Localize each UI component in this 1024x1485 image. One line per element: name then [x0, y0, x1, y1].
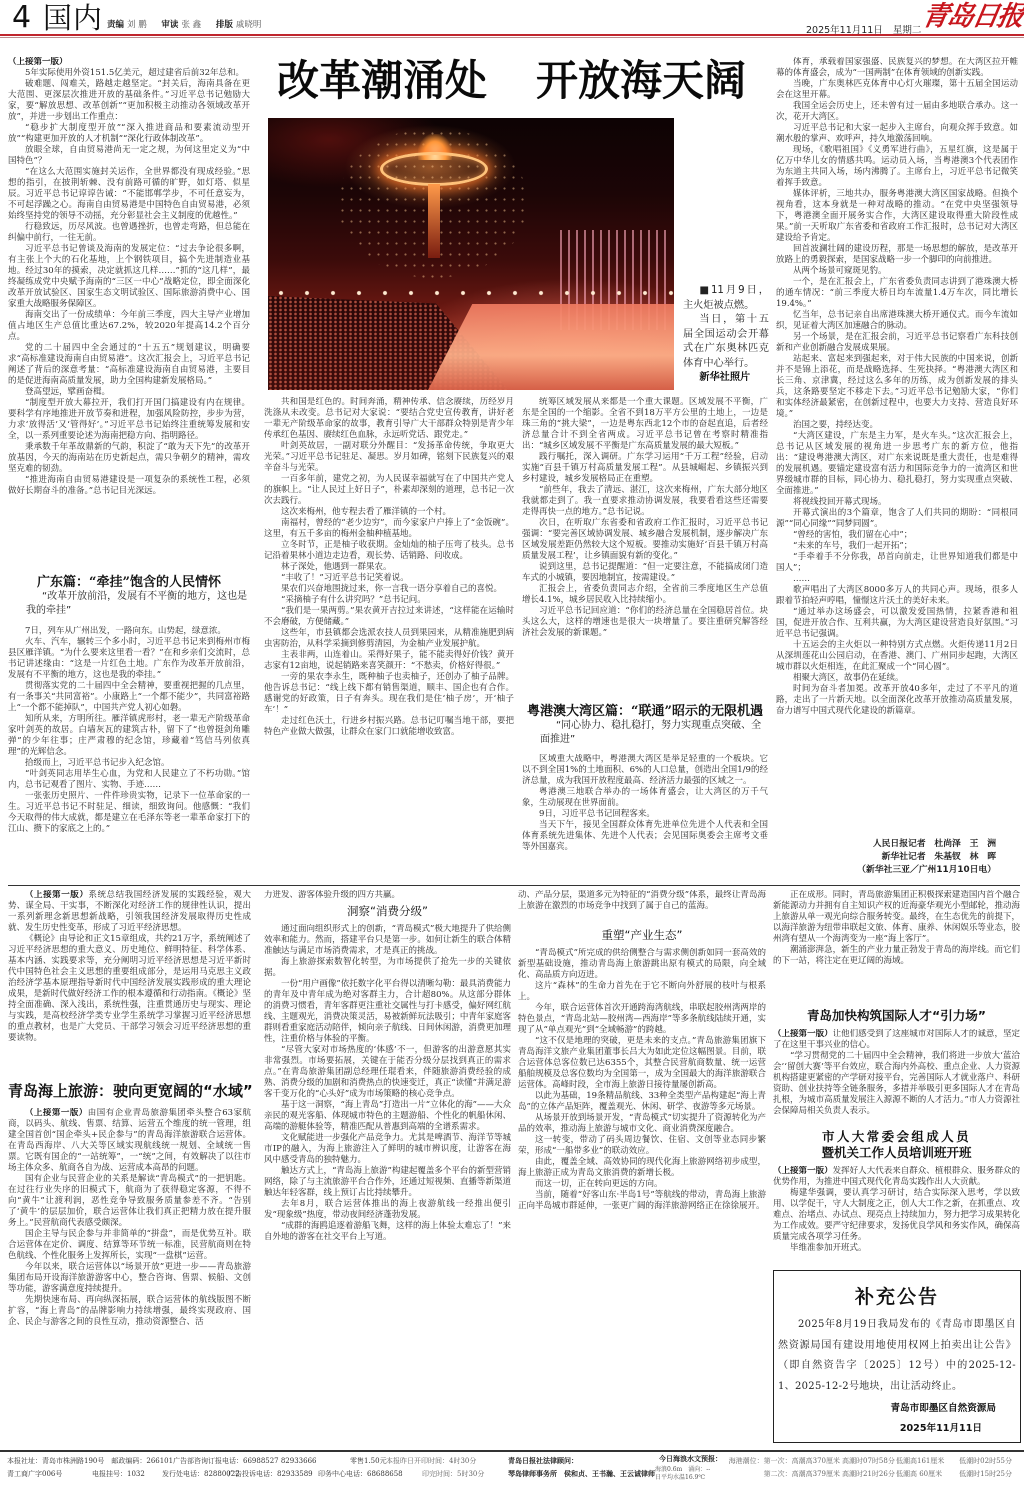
tide-first-low-height: 低潮高161厘米: [896, 1457, 942, 1466]
paragraph: 走过红色沃土，行进乡村振兴路。总书记叮嘱当地干部，要把特色产业做大做强，让群众在…: [264, 716, 514, 738]
paragraph-list: 国有企业与民营企业的关系是解读“青岛模式”的一把钥匙。在过往行业失序的旧模式下，…: [8, 1174, 251, 1328]
paragraph: 站起来、富起来到强起来，对于伟大民族的中国来说，创新并不是锦上添花，而是战略选择…: [776, 354, 1018, 420]
tide-col-1: 海港潮位：第一次：高潮高370厘米 第二次：高潮高379厘米: [700, 1457, 840, 1479]
paragraph: 果农们兴奋地围拢过来，你一言我一语分享着自己的喜悦。: [264, 584, 514, 595]
paragraph: 去年8月，联合运营体推出的海上夜游航线一经推出便引发“现象级”热度，带动夜间经济…: [264, 1199, 511, 1221]
paragraph: 先期快速布局、再向纵深拓展，联合运营体的航线版图不断扩容，“海上青岛”的品牌影响…: [8, 1295, 251, 1328]
sea-tourism-col-2-carryover: 力迸发、游客体验升级的四方共赢。: [264, 890, 511, 902]
paragraph: 媒体评析，三地共办，服务粤港澳大湾区国家战略。但换个视角看，这本身就是一种对战略…: [776, 189, 1018, 244]
credit-name: 刘 鹏: [127, 20, 147, 30]
headline-sea-tourism: 青岛海上旅游：驶向更宽阔的“水域”: [8, 1082, 251, 1100]
headline-line-1: 市人大常委会组成人员: [773, 1129, 1020, 1145]
footer-rule: [0, 1450, 1024, 1452]
paragraph-list: 体育，承载着国家强盛、民族复兴的梦想。在大湾区拉开帷幕的体育盛会，成为“一国两制…: [776, 57, 1018, 717]
paragraph: 叶剑英故居，一副对联分外醒目：“发扬革命传统，争取更大光荣。”习近平总书记驻足、…: [264, 441, 514, 474]
lead-col-left-seg-b: 7日，列车从广州出发，一路向东。山势起，绿意浓。火车、汽车，辗转三个多小时，习近…: [8, 626, 250, 880]
tide-first-high-height: 海港潮位：第一次：高潮高370厘米: [700, 1457, 840, 1466]
continued-label: （上接第一版）: [773, 1029, 833, 1039]
paragraph: 行稳致远，历尽风波。也曾遇挫折，也曾走弯路，但总能在纠偏中前行，一往无前。: [8, 222, 250, 244]
paragraph: 今年以来，联合运营体以“场景开放”更进一步——青岛旅游集团布局开设海洋旅游游客中…: [8, 1262, 251, 1295]
paragraph: “我们是一果两剪。”果农黄开吉拉过来讲述，“这样能在运输时不会磨破，方便储藏。”: [264, 606, 514, 628]
paragraph: 这一转变，带动了码头周边餐饮、住宿、文创等业态同步繁荣，形成“一船带多业”的联动…: [518, 1135, 766, 1157]
headline-line-2: 暨机关工作人员培训班开班: [773, 1145, 1020, 1161]
paragraph: 通过面向组织形式上的创新，“青岛模式”极大地提升了供给侧效率和能力。然而，搭建平…: [264, 924, 511, 957]
lead-paragraph: （上接第一版）让他们感受到了这座城市对国际人才的诚意，坚定了在这里干事兴业的信心…: [773, 1029, 1020, 1051]
credit-role: 审读: [161, 20, 178, 30]
photo-credit: 新华社照片: [683, 371, 769, 386]
paragraph: “丰收了！”习近平总书记笑着说。: [264, 573, 514, 584]
paragraph: 现场，《歌唱祖国》《义勇军进行曲》，五星红旗，这是属于亿万中华儿女的情感共鸣。运…: [776, 145, 1018, 189]
section-quote-greater-bay-area: “同心协力、稳扎稳打，努力实现重点突破、全面推进”: [522, 719, 768, 747]
footer-print-start: 本报昨日开印时间：4时30分: [386, 1457, 476, 1466]
paragraph: “学习贯彻党的二十届四中全会精神，我们将进一步放大‘蓝洽会’‘留创大赛’等平台效…: [773, 1051, 1020, 1117]
editor-credits: 责编刘 鹏 审读张 鑫 排版戚晓明: [107, 20, 273, 30]
lead-paragraph: （上接第一版）由国有企业青岛旅游集团牵头整合63家航商，以码头、航线、售票、结算…: [8, 1108, 251, 1174]
paragraph: 以此为基础，19条精品航线、33种全类型产品构建起“海上青岛”的立体产品矩阵，覆…: [518, 1091, 766, 1113]
photo-caption: ■11月9日，主火炬被点燃。 当日，第十五届全国运动会开幕式在广东奥林匹克体育中…: [683, 284, 769, 386]
talent-article: （上接第一版）让他们感受到了这座城市对国际人才的诚意，坚定了在这里干事兴业的信心…: [773, 1029, 1020, 1121]
paragraph: 正在成形。同时，青岛旅游集团正积极探索建造国内首个融合新能源动力并拥有自主知识产…: [773, 890, 1020, 945]
lead-col-a: 共和国是红色的。时间奔涌，精神传承、信念赓续，历经岁月洗涤从未改变。总书记对大家…: [264, 397, 514, 880]
paragraph: 这些年，市县镇都会选派农技人员到果园来，从精准施肥到病虫害防治，从科学采摘到修剪…: [264, 628, 514, 650]
notice-body: 2025年8月19日我局发布的《青岛市即墨区自然资源局国有建设用地使用权网上拍卖…: [778, 1315, 1016, 1397]
paragraph: “通过举办这场盛会，可以激发爱国热情，拉紧香港和祖国，促进开放合作、互利共赢，为…: [776, 607, 1018, 640]
paragraph: 潮涌澎湃急，新生的产业力量正勃发于青岛的海岸线。而它们的下一站，将注定在更辽阔的…: [773, 945, 1020, 967]
continued-label: （上接第一版）: [25, 890, 88, 900]
paragraph: “在这么大范围实施封关运作，全世界都没有现成经验。”思想的指引，在披荆斩棘、没有…: [8, 167, 250, 222]
paragraph: 另一个场景，是在汇报会前，习近平总书记察看广东科技创新和产业创新融合发展成果展。: [776, 332, 1018, 354]
page-number: 4: [12, 2, 31, 34]
subhead-consumption-tiers: 洞察“消费分级”: [264, 904, 511, 919]
article-bylines: 人民日报记者 杜尚泽 王 洲 新华社记者 朱基钗 林 晖 （新华社三亚／广州11…: [776, 838, 1018, 877]
tide-col-3: 低潮高161厘米 低潮高 60厘米: [896, 1457, 942, 1479]
page-header: 4 国内 责编刘 鹏 审读张 鑫 排版戚晓明 2025年11月11日星期二 青岛…: [0, 0, 1024, 40]
paragraph: 林子深处，他遇到一群果农。: [264, 562, 514, 573]
paragraph: 国企主导与民企参与并非简单的“拼盘”，而是优势互补。联合运营体在定价、调度、结算…: [8, 1229, 251, 1262]
footer-legal-label: 青岛日报社法律顾问：: [508, 1457, 578, 1466]
paragraph: 由此，覆盖全域、高效协同的现代化海上旅游网络初步成型，海上旅游正成为青岛文旅消费…: [518, 1157, 766, 1179]
credit-layout: 排版戚晓明: [216, 20, 262, 30]
footer-complaint-phone: 广告投诉电话：82933589: [228, 1470, 313, 1479]
tide-second-low-height: 低潮高 60厘米: [896, 1470, 942, 1479]
paragraph: 粤港澳三地联合举办的一场体育盛会，让大湾区的万千气象，生动展现在世界面前。: [522, 787, 768, 809]
paragraph: 《概论》由导论和正文15章组成，共约21万字，系统阐述了习近平经济思想的重大意义…: [8, 934, 251, 1044]
lead-headline-part-1: 改革潮涌处: [277, 60, 487, 102]
paragraph: 相聚大湾区，故事仍在延续。: [776, 673, 1018, 684]
page-footer: 本报社址：青岛市株洲路190号 邮政编码：266101 广告部咨询订报电话：66…: [0, 1453, 1024, 1485]
footer-address: 本报社址：青岛市株洲路190号 邮政编码：266101: [7, 1457, 173, 1466]
paragraph: 开幕式演出的3个篇章，饱含了人们共同的期盼：“同根同源”“同心同缘”“同梦同圆”…: [776, 508, 1018, 530]
paragraph: 当晚，广东奥林匹克体育中心灯火璀璨，第十五届全国运动会在这里开幕。: [776, 79, 1018, 101]
paragraph: 贯彻落实党的二十届四中全会精神，要重视把握的几点里，有一条事关“共同富裕”。小康…: [8, 681, 250, 714]
paragraph-list: 梅建华强调，要认真学习研讨，结合实际深入思考，学以致用、以学促干，守人大制度之正…: [773, 1188, 1020, 1254]
paragraph: “成群的海鸥追逐着游船飞舞，这样的海上体验太难忘了！”来自外地的游客在社交平台上…: [264, 1221, 511, 1243]
news-photo-opening-ceremony: [268, 118, 674, 390]
paragraph: 知所从来，方明所往。雁洋镇虎形村，老一辈无产阶级革命家叶剑英的故居。白墙灰瓦的建…: [8, 714, 250, 758]
paragraph: 9日，习近平总书记回程客来。: [522, 809, 768, 820]
paragraph: “未来的车号，我们一起开拓”；: [776, 541, 1018, 552]
paragraph: 次日，在听取广东省委和省政府工作汇报时，习近平总书记强调：“要完善区域协调发展、…: [522, 518, 768, 562]
paragraph: 习近平总书记曾谈及海南的发展定位：“过去争论很多啊，有主张上个大的石化基地，上个…: [8, 244, 250, 310]
paragraph: 南福村，曾经的“老少边穷”，而今家家户户捧上了“金饭碗”。这里，有五千多亩的梅州…: [264, 518, 514, 540]
byline-xinhua: 新华社记者 朱基钗 林 晖: [776, 851, 996, 864]
paragraph: 我国全运会历史上，还未曾有过一届由多地联合承办。这一次，花开大湾区。: [776, 101, 1018, 123]
paragraph: 国有企业与民营企业的关系是解读“青岛模式”的一把钥匙。在过往行业失序的旧模式下，…: [8, 1174, 251, 1229]
paragraph: “手牵着手不分你我，昂首向前走，让世界知道我们都是中国人”；: [776, 552, 1018, 574]
paragraph: “叶剑英同志用毕生心血，为党和人民建立了不朽功勋。”馆内，总书记观看了图片、实物…: [8, 769, 250, 791]
header-rule-shadow: [0, 37, 1024, 38]
carryover-line: 力迸发、游客体验升级的四方共赢。: [264, 890, 511, 901]
paragraph: 当前，随着“好客山东·半岛1号”等航线的带动，青岛海上旅游正向半岛城市群延伸，一…: [518, 1190, 766, 1212]
paragraph: 当天下午，接见全国群众体育先进单位先进个人代表和全国体育系统先进集体、先进个人代…: [522, 820, 768, 853]
paragraph: 从场景开放到场景开发，“青岛模式”切实提升了资源转化为产品的效率，推动海上旅游与…: [518, 1113, 766, 1135]
credit-role: 排版: [216, 20, 233, 30]
paragraph-list: 正在成形。同时，青岛旅游集团正积极探索建造国内首个融合新能源动力并拥有自主知识产…: [773, 890, 1020, 967]
newspaper-logo: 青岛日报: [919, 0, 1024, 34]
footer-ad-phone: 广告部咨询订报电话：66988527 82933666: [173, 1457, 316, 1466]
paragraph: 这次来梅州，他专程去看了雁洋镇的一个村。: [264, 507, 514, 518]
notice-date: 2025年11月11日: [778, 1419, 1016, 1439]
paragraph-list: 7日，列车从广州出发，一路向东。山势起，绿意浓。火车、汽车，辗转三个多小时，习近…: [8, 626, 250, 835]
paragraph-list: 共和国是红色的。时间奔涌，精神传承、信念赓续，历经岁月洗涤从未改变。总书记对大家…: [264, 397, 514, 738]
tide-first-high-time: 高潮时07时58分: [842, 1457, 894, 1466]
headline-international-talent: 青岛加快构筑国际人才“引力场”: [773, 1008, 1020, 1024]
paragraph-list: 统筹区域发展从来都是一个重大课题。区域发展不平衡，广东是全国的一个缩影。全省不到…: [522, 397, 768, 639]
paragraph: 一个，是在汇报会上，广东省委负责同志讲到了港珠澳大桥的通车情况：“前三季度大桥日…: [776, 277, 1018, 310]
paragraph: 体育，承载着国家强盛、民族复兴的梦想。在大湾区拉开帷幕的体育盛会，成为“一国两制…: [776, 57, 1018, 79]
paragraph: 秉承数千年革故鼎新的气韵，积淀了“敢为天下先”的改革开放基因，今天的海南站在历史…: [8, 442, 250, 475]
footer-print-end: 印完时间：5时30分: [422, 1470, 484, 1479]
sea-tourism-col-4: 正在成形。同时，青岛旅游集团正积极探索建造国内首个融合新能源动力并拥有自主知识产…: [773, 890, 1020, 1002]
paragraph: “稳步扩大制度型开放”“深入推进商品和要素流动型开放”“构建更加开放的人才机制”…: [8, 123, 250, 145]
paragraph: 主表非两，山连着山。采得好果子，能不能卖得好价钱？黄开志家有12亩地，说起销路来…: [264, 650, 514, 672]
footer-legal-firm: 琴岛律师事务所 侯和贞、王书瀚、王云诚律师: [508, 1470, 655, 1479]
paragraph: 一份“用户画像”依托数字化平台得以清晰勾勒：最具消费能力的青年及中青年成为绝对客…: [264, 979, 511, 1045]
paragraph: 忆当年，总书记亲自出席港珠澳大桥开通仪式。而今车流如织，见证着大湾区加速融合的脉…: [776, 310, 1018, 332]
tide-col-4: 低潮时02时55分 低潮时15时25分: [950, 1457, 1012, 1479]
paragraph: 毕维准参加开班式。: [773, 1243, 1020, 1254]
lead-paragraph: （上接第一版）系统总结我国经济发展的实践经验，观大势、谋全局、干实事，不断深化对…: [8, 890, 251, 934]
paragraph: 梅建华强调，要认真学习研讨，结合实际深入思考，学以致用、以学促干，守人大制度之正…: [773, 1188, 1020, 1243]
lead-paragraph: （上接第一版）发挥好人大代表来自群众、植根群众、服务群众的优势作用，为推进中国式…: [773, 1166, 1020, 1188]
paragraph: 汇报会上，省委负责同志介绍，全省前三季度地区生产总值增长4.1%，城乡居民收入比…: [522, 584, 768, 606]
sea-tourism-col-3-carryover: 动、产品分层，渠道多元为特征的“消费分级”体系，最终让青岛海上旅游在激烈的市场竞…: [518, 890, 766, 924]
caption-line: ■11月9日，主火炬被点燃。: [683, 284, 769, 313]
paragraph: 区域重大战略中，粤港澳大湾区是举足轻重的一个板块。它以不到全国1%的土地面积、6…: [522, 754, 768, 787]
footer-print-center-phone: 印务中心电话：68688658: [318, 1470, 403, 1479]
notice-signature: 青岛市即墨区自然资源局: [778, 1399, 1016, 1419]
paragraph: 这片“森林”的生命力首先在于它不断向外舒展的枝叶与根系上。: [518, 981, 766, 1003]
paragraph: 海上旅游探索数智化转型，为市场提供了抢先一步的关键依据。: [264, 957, 511, 979]
paragraph: 而这一切，正在转向更远的方向。: [518, 1179, 766, 1190]
photo-stadium-lights: [268, 286, 674, 300]
section-heading-greater-bay-area: 粤港澳大湾区篇：“联通”昭示的无限机遇: [522, 704, 768, 720]
paragraph-list: 《概论》由导论和正文15章组成，共约21万字，系统阐述了习近平经济思想的重大意义…: [8, 934, 251, 1044]
paragraph-list: 区域重大战略中，粤港澳大湾区是举足轻重的一个板块。它以不到全国1%的土地面积、6…: [522, 754, 768, 853]
continued-label: （上接第一版）: [773, 1166, 833, 1176]
footer-price: 零售1.50元: [350, 1457, 387, 1466]
paragraph: 时间为奋斗者加冕。改革开放40多年，走过了不平凡的道路，走出了一片新天地。以全面…: [776, 684, 1018, 717]
paragraph: 放眼全球，自由贸易港尚无一定之规，为何这里定义为“中国特色”？: [8, 145, 250, 167]
continued-label: （上接第一版）: [8, 57, 250, 68]
byline-dateline: （新华社三亚／广州11月10日电）: [776, 864, 996, 877]
paragraph: 回首波澜壮阔的建设历程，那是一场思想的解放，是改革开放路上的勇毅探索，是国家战略…: [776, 244, 1018, 266]
paragraph: 习近平总书记回应道：“你们的经济总量在全国稳居首位。块头这么大，这样的增速也是很…: [522, 606, 768, 639]
credit-name: 戚晓明: [236, 20, 262, 30]
paragraph: 说到这里，总书记提醒道：“但一定要注意，不能搞成闭门造车式的小城镇，要因地制宜，…: [522, 562, 768, 584]
paragraph: “制度型开放大幕拉开，我们打开国门搞建设有内在规律。要科学有序地推进开放节奏和进…: [8, 398, 250, 442]
paragraph: 立冬时节，正是柚子收获期。金灿灿的柚子压弯了枝头。总书记沿着果林小道边走边看，观…: [264, 540, 514, 562]
paragraph: “采摘柚子有什么讲究吗？”总书记问。: [264, 595, 514, 606]
paragraph: 海南交出了一份成绩单：今年前三季度，四大主导产业增加值占地区生产总值比重达67.…: [8, 310, 250, 343]
footer-telegraph: 电报挂号：1032: [92, 1470, 145, 1479]
section-heading-guangdong: 广东篇：“牵挂”饱含的人民情怀: [8, 575, 250, 591]
paragraph: 歌声唱出了大湾区8000多万人的共同心声。现场，很多人跟着节拍轻声哼唱，憧憬这片…: [776, 585, 1018, 607]
paragraph: 基于这一洞察，“海上青岛”打造出一片“立体化的海”——大众亲民的观光客船、体现城…: [264, 1100, 511, 1133]
paragraph: 从两个场景可窥斑见豹。: [776, 266, 1018, 277]
paragraph: “这不仅是地理的突破，更是未来的支点。”青岛旅游集团旗下青岛海洋文旅产业集团董事…: [518, 1036, 766, 1091]
lead-col-left-seg-a: （上接第一版） 5年实际使用外资151.5亿美元，超过建省后前32年总和。破难题…: [8, 57, 250, 572]
paragraph-list: “青岛模式”所完成的供给侧整合与需求侧创新如同一套高效的新型基础设施，推动青岛海…: [518, 948, 766, 1212]
sea-tourism-col-1: （上接第一版）由国有企业青岛旅游集团牵头整合63家航商，以码头、航线、售票、结算…: [8, 1108, 251, 1448]
credit-editor: 责编刘 鹏: [107, 20, 147, 30]
paragraph: 一百多年前，建党之初，为人民谋幸福就写在了中国共产党人的旗帜上。“让人民过上好日…: [264, 474, 514, 507]
paragraph: “推进海南自由贸易港建设是一项复杂的系统性工程，必须做好长期奋斗的准备。”总书记…: [8, 475, 250, 497]
lead-col-right: 体育，承载着国家强盛、民族复兴的梦想。在大湾区拉开帷幕的体育盛会，成为“一国两制…: [776, 57, 1018, 837]
paragraph-list: 通过面向组织形式上的创新，“青岛模式”极大地提升了供给侧效率和能力。然而，搭建平…: [264, 924, 511, 1243]
paragraph: 十五运会的主火炬以一种特别方式点燃。火炬传递11月2日从深圳莲花山公园启动，在香…: [776, 640, 1018, 673]
carryover-paragraph: 动、产品分层，渠道多元为特征的“消费分级”体系，最终让青岛海上旅游在激烈的市场竞…: [518, 890, 766, 912]
paragraph: “尽管大家对市场热度的‘体感’不一，但游客的出游意愿其实非常强烈。市场要拓展，关…: [264, 1045, 511, 1100]
tide-first-low-time: 低潮时02时55分: [950, 1457, 1012, 1466]
paragraph: 拾级而上，习近平总书记步入纪念馆。: [8, 758, 250, 769]
paragraph: 习近平总书记和大家一起步入主席台，向观众挥手致意。如潮水般的掌声、欢呼声，持久地…: [776, 123, 1018, 145]
paragraph: 登高望远，擘画奋楫。: [8, 387, 250, 398]
paragraph-list: 5年实际使用外资151.5亿美元，超过建省后前32年总和。破难题、闯难关，路越走…: [8, 68, 250, 497]
section-title: 国内: [43, 2, 103, 34]
paragraph: 一张张历史照片、一件件珍贵实物，记录下一位革命家的一生。习近平总书记不时驻足、细…: [8, 791, 250, 835]
economy-book-article: （上接第一版）系统总结我国经济发展的实践经验，观大势、谋全局、干实事，不断深化对…: [8, 890, 251, 1078]
footer-license: 青工商广字006号: [7, 1470, 62, 1479]
paragraph: 践行嘱托，深入调研。广东学习运用“千万工程”经验，启动实施“百县千镇万村高质量发…: [522, 452, 768, 485]
section-divider: [8, 885, 1020, 886]
paragraph: 今年，联合运营体首次开通跨海湾航线，串联起胶州湾两岸的特色景点，“青岛北站—胶州…: [518, 1003, 766, 1036]
paragraph: 7日，列车从广州出发，一路向东。山势起，绿意浓。: [8, 626, 250, 637]
npc-training-article: （上接第一版）发挥好人大代表来自群众、植根群众、服务群众的优势作用，为推进中国式…: [773, 1166, 1020, 1266]
lead-col-b-seg-b: 区域重大战略中，粤港澳大湾区是举足轻重的一个板块。它以不到全国1%的土地面积、6…: [522, 754, 768, 880]
headline-npc-training: 市人大常委会组成人员 暨机关工作人员培训班开班: [773, 1129, 1020, 1161]
byline-people-daily: 人民日报记者 杜尚泽 王 洲: [776, 838, 996, 851]
paragraph: 党的二十届四中全会通过的“十五五”规划建议，明确要求“高标准建设海南自由贸易港”…: [8, 343, 250, 387]
paragraph: 将视线投回开幕式现场。: [776, 497, 1018, 508]
paragraph: 火车、汽车，辗转三个多小时，习近平总书记来到梅州市梅县区雁洋镇。“为什么要来这里…: [8, 637, 250, 681]
paragraph: “前些年，我去了清远、湛江，这次来梅州，广东大部分地区我就都走到了。我一直要求推…: [522, 485, 768, 518]
caption-line: 当日，第十五届全国运动会开幕式在广东奥林匹克体育中心举行。: [683, 313, 769, 371]
paragraph: 共和国是红色的。时间奔涌，精神传承、信念赓续，历经岁月洗涤从未改变。总书记对大家…: [264, 397, 514, 441]
paragraph: “大湾区建设，广东是主力军，是火车头。”这次汇报会上，总书记从区域发展的视角进一…: [776, 431, 1018, 497]
tide-col-2: 高潮时07时58分 高潮时21时26分: [842, 1457, 894, 1479]
sea-tourism-col-3: “青岛模式”所完成的供给侧整合与需求侧创新如同一套高效的新型基础设施，推动青岛海…: [518, 948, 766, 1448]
paragraph: 一旁的果农李永生，既种柚子也卖柚子，还创办了柚子品牌。他告诉总书记：“线上线下都…: [264, 672, 514, 716]
paragraph: 文化赋能进一步强化产品竞争力。尤其是啤酒节、海洋节等城市IP的融入，为海上旅游注…: [264, 1133, 511, 1166]
supplementary-notice-box: 补充公告 2025年8月19日我局发布的《青岛市即墨区自然资源局国有建设用地使用…: [773, 1270, 1021, 1443]
photo-torch-cauldron: [380, 152, 488, 186]
paragraph: 治国之要，持经达变。: [776, 420, 1018, 431]
paragraph: 统筹区域发展从来都是一个重大课题。区域发展不平衡，广东是全国的一个缩影。全省不到…: [522, 397, 768, 452]
paragraph: 破难题、闯难关，路越走越坚定。“封关后，海南具备在更大范围、更深层次推进开放的基…: [8, 79, 250, 123]
paragraph: “曾经的害怕，我们留在心中”；: [776, 530, 1018, 541]
paragraph-list: “学习贯彻党的二十届四中全会精神，我们将进一步放大‘蓝洽会’‘留创大赛’等平台效…: [773, 1051, 1020, 1117]
notice-title: 补充公告: [778, 1285, 1016, 1309]
credit-name: 张 鑫: [181, 20, 201, 30]
credit-role: 责编: [107, 20, 124, 30]
subhead-industry-ecosystem: 重塑“产业生态”: [518, 928, 766, 943]
lead-headline-part-2: 开放海天阔: [536, 60, 746, 102]
lead-col-b-seg-a: 统筹区域发展从来都是一个重大课题。区域发展不平衡，广东是全国的一个缩影。全省不到…: [522, 397, 768, 700]
tide-second-high-time: 高潮时21时26分: [842, 1470, 894, 1479]
photo-torch-tower: [428, 184, 440, 258]
paragraph: 5年实际使用外资151.5亿美元，超过建省后前32年总和。: [8, 68, 250, 79]
paragraph: “青岛模式”所完成的供给侧整合与需求侧创新如同一套高效的新型基础设施，推动青岛海…: [518, 948, 766, 981]
tide-second-low-time: 低潮时15时25分: [950, 1470, 1012, 1479]
paragraph: ……: [776, 574, 1018, 585]
paragraph: 触达方式上，“青岛海上旅游”构建起覆盖多个平台的新型营销网络，除了与主流旅游平台…: [264, 1166, 511, 1199]
continued-label: （上接第一版）: [25, 1108, 88, 1118]
section-quote-guangdong: “改革开放前沿，发展有不平衡的地方，这也是我的牵挂”: [8, 590, 250, 618]
sea-tourism-col-2: 通过面向组织形式上的创新，“青岛模式”极大地提升了供给侧效率和能力。然而，搭建平…: [264, 924, 511, 1448]
footer-water-temp: 日平均水温16.9℃: [655, 1474, 705, 1481]
tide-second-high-height: 第二次：高潮高379厘米: [700, 1470, 840, 1479]
credit-proofreader: 审读张 鑫: [161, 20, 201, 30]
